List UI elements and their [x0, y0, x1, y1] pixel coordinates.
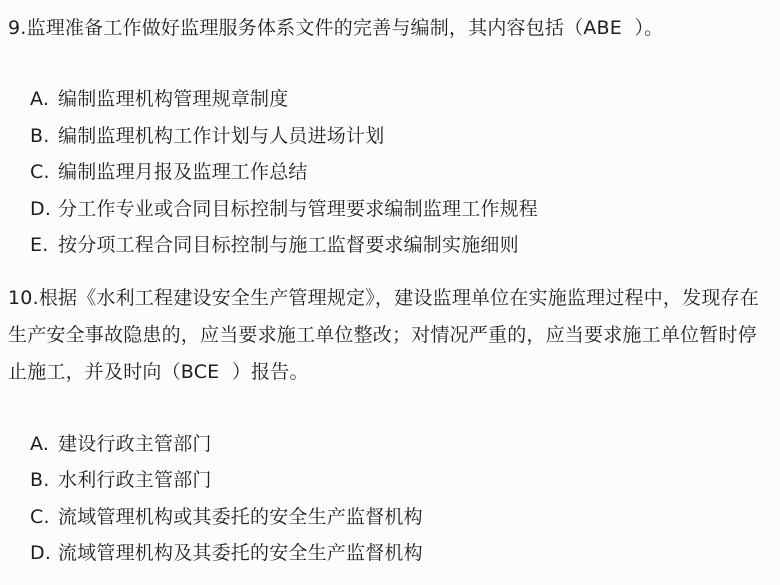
option-row: C.编制监理月报及监理工作总结 [30, 154, 772, 191]
question-9-options: A.编制监理机构管理规章制度 B.编制监理机构工作计划与人员进场计划 C.编制监… [8, 81, 772, 264]
option-text: 分工作专业或合同目标控制与管理要求编制监理工作规程 [58, 198, 538, 220]
option-text: 流域管理机构及其委托的安全生产监督机构 [58, 542, 423, 564]
option-text: 编制监理机构管理规章制度 [58, 88, 288, 110]
question-10: 10.根据《水利工程建设安全生产管理规定》，建设监理单位在实施监理过程中，发现存… [8, 280, 772, 572]
question-10-options: A.建设行政主管部门 B.水利行政主管部门 C.流域管理机构或其委托的安全生产监… [8, 426, 772, 572]
option-text: 编制监理机构工作计划与人员进场计划 [58, 125, 384, 147]
exam-page: 9.监理准备工作做好监理服务体系文件的完善与编制，其内容包括（ABE ）。 A.… [0, 0, 780, 585]
option-text: 水利行政主管部门 [58, 469, 212, 491]
option-row: B.水利行政主管部门 [30, 462, 772, 499]
question-10-stem-text: 根据《水利工程建设安全生产管理规定》，建设监理单位在实施监理过程中，发现存在生产… [8, 287, 759, 383]
option-letter: B. [30, 118, 58, 155]
option-text: 建设行政主管部门 [58, 433, 212, 455]
question-9: 9.监理准备工作做好监理服务体系文件的完善与编制，其内容包括（ABE ）。 A.… [8, 10, 772, 264]
option-text: 编制监理月报及监理工作总结 [58, 161, 308, 183]
option-letter: A. [30, 426, 58, 463]
question-10-stem: 10.根据《水利工程建设安全生产管理规定》，建设监理单位在实施监理过程中，发现存… [8, 280, 772, 391]
question-9-stem-text: 监理准备工作做好监理服务体系文件的完善与编制，其内容包括（ABE ）。 [27, 17, 664, 39]
option-letter: B. [30, 462, 58, 499]
option-row: B.编制监理机构工作计划与人员进场计划 [30, 118, 772, 155]
option-letter: A. [30, 81, 58, 118]
question-9-number: 9. [8, 17, 27, 39]
question-10-number: 10. [8, 287, 39, 309]
option-row: A.建设行政主管部门 [30, 426, 772, 463]
option-row: D.分工作专业或合同目标控制与管理要求编制监理工作规程 [30, 191, 772, 228]
option-text: 流域管理机构或其委托的安全生产监督机构 [58, 506, 423, 528]
option-row: E.按分项工程合同目标控制与施工监督要求编制实施细则 [30, 227, 772, 264]
question-9-stem: 9.监理准备工作做好监理服务体系文件的完善与编制，其内容包括（ABE ）。 [8, 10, 772, 47]
option-letter: E. [30, 227, 58, 264]
option-letter: C. [30, 154, 58, 191]
option-row: D.流域管理机构及其委托的安全生产监督机构 [30, 535, 772, 572]
option-text: 按分项工程合同目标控制与施工监督要求编制实施细则 [58, 234, 519, 256]
option-row: C.流域管理机构或其委托的安全生产监督机构 [30, 499, 772, 536]
option-letter: C. [30, 499, 58, 536]
option-letter: D. [30, 535, 58, 572]
option-letter: D. [30, 191, 58, 228]
option-row: A.编制监理机构管理规章制度 [30, 81, 772, 118]
